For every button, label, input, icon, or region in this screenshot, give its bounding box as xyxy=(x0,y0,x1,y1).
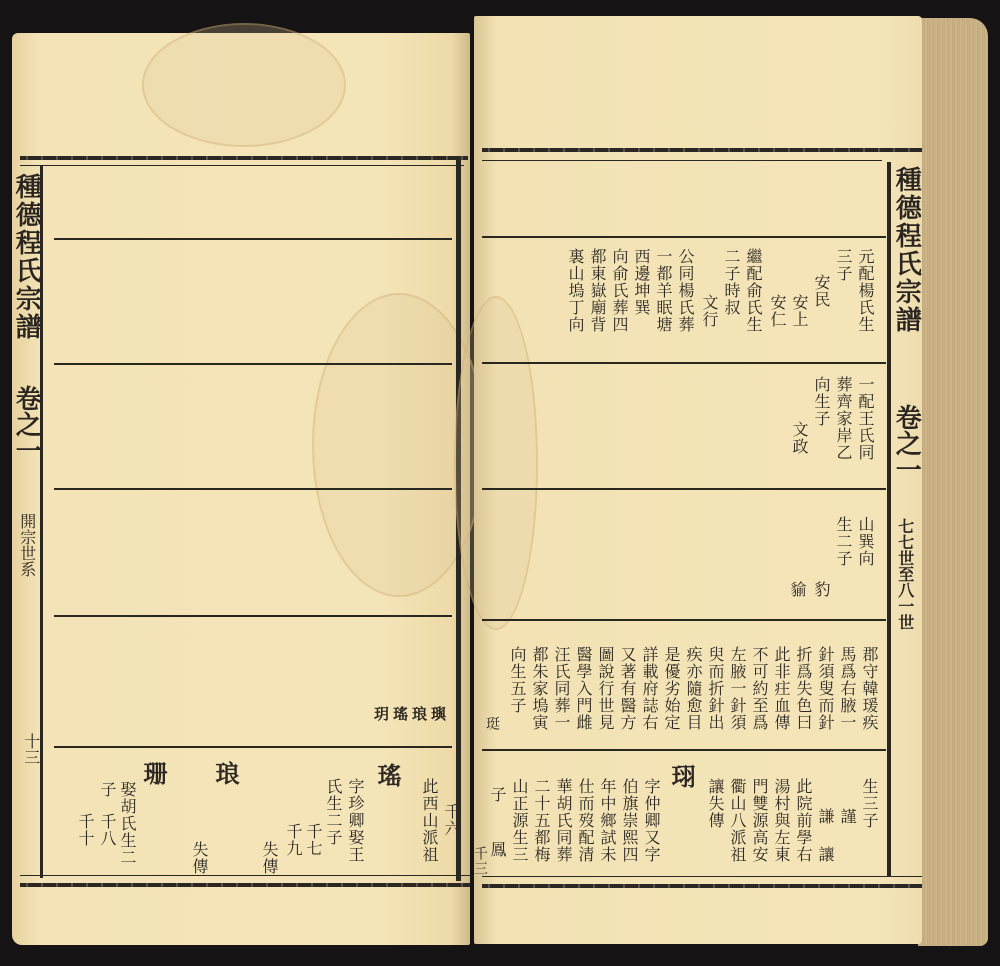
row-separator xyxy=(482,619,886,621)
entry-child: 千六 xyxy=(440,803,463,837)
entry-text: 字珍卿娶王 xyxy=(344,778,367,863)
entry-text: 此院前學右 xyxy=(792,778,815,863)
entry-text: 醫學入門雌 xyxy=(572,646,595,731)
names-line: 玥瑤琅璵 xyxy=(374,703,450,724)
entry-text: 疾亦隨愈目 xyxy=(682,646,705,731)
top-border-thick xyxy=(482,148,922,152)
entry-text: 華胡氏同葬 xyxy=(552,778,575,863)
entry-text: 詳載府誌右 xyxy=(638,646,661,731)
entry-text: 此非㽵血傳 xyxy=(770,646,793,731)
entry-text: 郡守韓瑗疾 xyxy=(858,646,881,731)
entry-text: 向生五子 xyxy=(506,646,529,714)
book-title-right: 種德程氏宗譜 xyxy=(892,166,919,334)
entry-child: 千十 xyxy=(74,813,97,847)
volume-label-left: 卷之一 xyxy=(12,385,39,463)
entry-text: 生三子 xyxy=(858,778,881,829)
top-border-thin xyxy=(20,165,464,166)
entry-text: 臾而折針出 xyxy=(704,646,727,731)
bottom-border-thick xyxy=(482,884,922,888)
child-name: 謹 xyxy=(836,808,859,825)
entry-name: 瑤 xyxy=(370,763,405,791)
entry-text: 二十五都梅 xyxy=(530,778,553,863)
row-separator xyxy=(54,615,452,617)
entry-text: 山巽向 xyxy=(854,516,877,567)
entry-text: 山正源生三 xyxy=(508,778,531,863)
volume-label-right: 卷之一 xyxy=(892,404,919,482)
book-page-edges xyxy=(918,18,988,946)
child-name: 豹 xyxy=(810,581,833,598)
top-border-thin xyxy=(482,160,882,161)
entry-text: 氏生二子 xyxy=(322,778,345,846)
entry-text: 又著有醫方 xyxy=(616,646,639,731)
entry-text: 不可約至爲 xyxy=(748,646,771,731)
entry-text: 針須叟而針 xyxy=(814,646,837,731)
entry-text: 生二子 xyxy=(832,516,855,567)
entry-note: 失傳 xyxy=(258,841,281,875)
entry-text: 伯旗崇熙四 xyxy=(618,778,641,863)
entry-text: 門雙源高安 xyxy=(748,778,771,863)
entry-text: 西邊坤巽 xyxy=(630,248,653,316)
child-name: 珽 xyxy=(482,716,502,731)
child-name: 貐 xyxy=(786,581,809,598)
entry-text: 衢山八派祖 xyxy=(726,778,749,863)
row-separator xyxy=(482,362,886,364)
section-label-left: 開宗世系 xyxy=(18,513,35,577)
entry-text: 都朱家塢寅 xyxy=(528,646,551,731)
entry-text: 子 xyxy=(96,781,119,798)
entry-child: 千八 xyxy=(96,813,119,847)
page-number-left: 十三 xyxy=(22,733,39,765)
entry-text: 是優劣始定 xyxy=(660,646,683,731)
bottom-border-thick xyxy=(20,883,470,887)
left-page: 種德程氏宗譜 卷之一 開宗世系 十三 玥瑤琅璵 此西山派祖 千六 瑤 字珍卿娶王… xyxy=(12,33,470,945)
entry-text: 二子時叔 xyxy=(720,248,743,316)
entry-text: 圖說行世見 xyxy=(594,646,617,731)
entry-text: 元配楊氏生 xyxy=(854,248,877,333)
entry-text: 葬齊家岸乙 xyxy=(832,376,855,461)
entry-text: 三子 xyxy=(832,248,855,282)
entry-text: 馬爲右腋一 xyxy=(836,646,859,731)
row-separator xyxy=(54,363,452,365)
water-stain xyxy=(142,23,346,147)
entry-text: 湯村與左東 xyxy=(770,778,793,863)
entry-text: 折爲失色曰 xyxy=(792,646,815,731)
entry-name: 珝 xyxy=(664,764,699,792)
row-separator xyxy=(482,236,886,238)
row-separator xyxy=(54,238,452,240)
section-label-right: 七七世至八一世 xyxy=(896,518,913,630)
bottom-border-thin xyxy=(20,875,470,876)
entry-text: 仕而歿配清 xyxy=(574,778,597,863)
entry-text: 公同楊氏葬 xyxy=(674,248,697,333)
child-name: 文行 xyxy=(698,294,721,328)
entry-text: 一都羊眠塘 xyxy=(652,248,675,333)
entry-child: 千九 xyxy=(282,823,305,857)
child-name: 千三 xyxy=(470,846,490,876)
row-separator xyxy=(54,746,452,748)
child-name: 謙 xyxy=(814,808,837,825)
entry-text: 汪氏同葬一 xyxy=(550,646,573,731)
entry-text: 一配王氏同 xyxy=(854,376,877,461)
entry-text: 字仲卿又字 xyxy=(640,778,663,863)
entry-text: 此西山派祖 xyxy=(418,778,441,863)
entry-text: 娶胡氏生二 xyxy=(116,781,139,866)
row-separator xyxy=(482,749,886,751)
entry-text: 繼配俞氏生 xyxy=(742,248,765,333)
entry-text: 左腋一針須 xyxy=(726,646,749,731)
entry-text: 向生子 xyxy=(810,376,833,427)
water-stain xyxy=(454,296,538,630)
row-separator xyxy=(482,488,886,490)
right-page: 種德程氏宗譜 卷之一 七七世至八一世 元配楊氏生 三子 安民 安上 安仁 繼配俞… xyxy=(474,16,922,944)
book-title-left: 種德程氏宗譜 xyxy=(12,173,39,341)
child-name: 文政 xyxy=(788,421,811,455)
entry-name: 琅 xyxy=(208,761,243,789)
entry-text: 讓失傳 xyxy=(704,778,727,829)
entry-text: 年中鄉試未 xyxy=(596,778,619,863)
entry-child: 千七 xyxy=(302,823,325,857)
entry-text: 裏山塢丁向 xyxy=(564,248,587,333)
entry-note: 失傳 xyxy=(188,841,211,875)
entry-text: 子 xyxy=(486,786,509,803)
child-name: 安仁 xyxy=(766,294,789,328)
entry-name: 珊 xyxy=(136,761,171,789)
child-name: 讓 xyxy=(814,846,837,863)
row-separator xyxy=(54,488,452,490)
entry-text: 向俞氏葬四 xyxy=(608,248,631,333)
bottom-border-thin xyxy=(482,876,922,877)
top-border-thick xyxy=(20,156,468,160)
child-name: 安民 xyxy=(810,274,833,308)
entry-text: 都東嶽廟背 xyxy=(586,248,609,333)
child-name: 安上 xyxy=(788,294,811,328)
